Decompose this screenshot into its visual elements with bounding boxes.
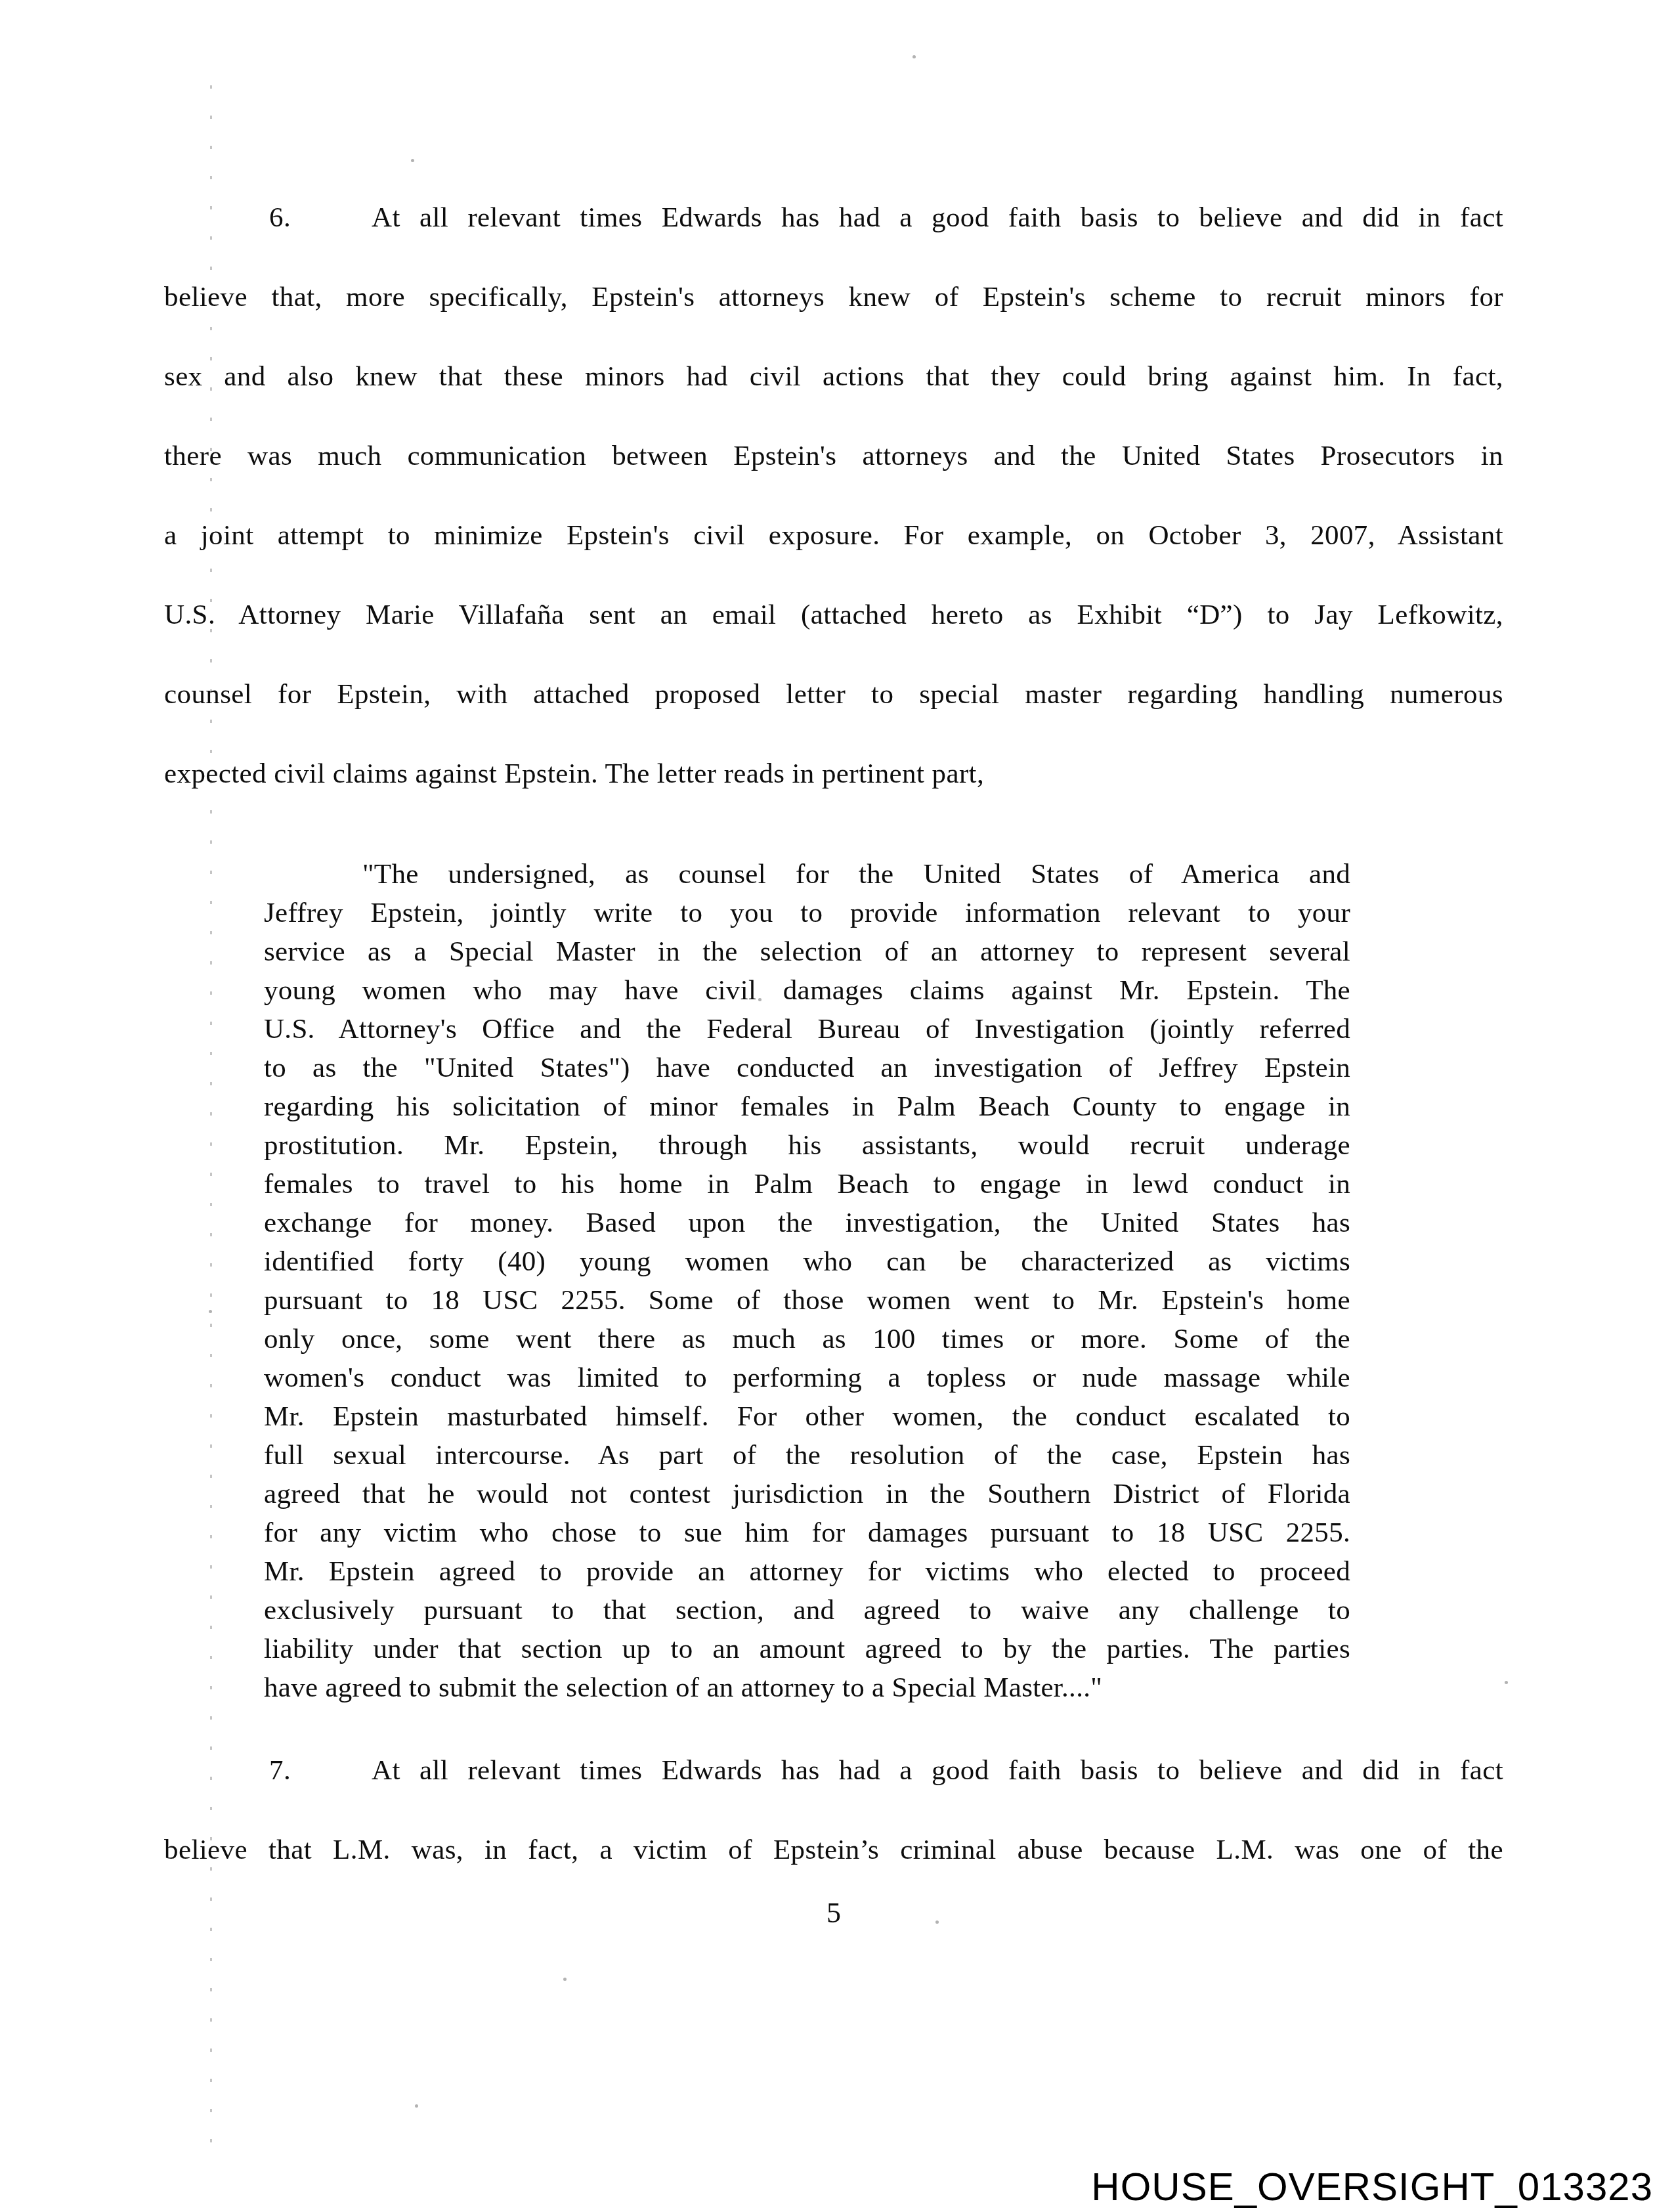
quote-line: service as a Special Master in the selec… xyxy=(264,932,1350,971)
scan-speck xyxy=(758,998,762,1001)
quote-line: liability under that section up to an am… xyxy=(264,1630,1350,1668)
paragraph-6: 6. At all relevant times Edwards has had… xyxy=(164,178,1503,813)
letter-block-quote: "The undersigned, as counsel for the Uni… xyxy=(264,855,1350,1707)
paragraph-7-line-2: believe that L.M. was, in fact, a victim… xyxy=(164,1810,1503,1890)
scan-speck xyxy=(935,1920,939,1924)
quote-line: only once, some went there as much as 10… xyxy=(264,1320,1350,1358)
quote-line: for any victim who chose to sue him for … xyxy=(264,1513,1350,1552)
paragraph-7-line-1: 7. At all relevant times Edwards has had… xyxy=(164,1731,1503,1810)
document-page: 6. At all relevant times Edwards has had… xyxy=(0,0,1674,2212)
paragraph-6-line-6: U.S. Attorney Marie Villafaña sent an em… xyxy=(164,575,1503,655)
paragraph-6-line-2: believe that, more specifically, Epstein… xyxy=(164,257,1503,337)
quote-line: females to travel to his home in Palm Be… xyxy=(264,1165,1350,1204)
quote-line: regarding his solicitation of minor fema… xyxy=(264,1087,1350,1126)
paragraph-6-line-4: there was much communication between Eps… xyxy=(164,416,1503,496)
paragraph-6-line-3: sex and also knew that these minors had … xyxy=(164,337,1503,416)
page-number: 5 xyxy=(164,1896,1503,1930)
quote-line: women's conduct was limited to performin… xyxy=(264,1358,1350,1397)
quote-line: young women who may have civil damages c… xyxy=(264,971,1350,1010)
quote-line: to as the "United States") have conducte… xyxy=(264,1049,1350,1087)
quote-line: U.S. Attorney's Office and the Federal B… xyxy=(264,1010,1350,1049)
quote-line: identified forty (40) young women who ca… xyxy=(264,1242,1350,1281)
paragraph-6-number: 6. xyxy=(269,178,291,257)
paragraph-6-line-5: a joint attempt to minimize Epstein's ci… xyxy=(164,496,1503,575)
bates-number: HOUSE_OVERSIGHT_013323 xyxy=(1091,2164,1653,2209)
quote-line: exchange for money. Based upon the inves… xyxy=(264,1204,1350,1242)
scan-speck xyxy=(411,159,414,162)
quote-line: agreed that he would not contest jurisdi… xyxy=(264,1475,1350,1513)
quote-line: pursuant to 18 USC 2255. Some of those w… xyxy=(264,1281,1350,1320)
scan-speck xyxy=(209,1310,212,1313)
scan-speck xyxy=(563,1978,567,1981)
paragraph-6-line-7: counsel for Epstein, with attached propo… xyxy=(164,655,1503,734)
quote-line: full sexual intercourse. As part of the … xyxy=(264,1436,1350,1475)
paragraph-7-number: 7. xyxy=(269,1731,291,1810)
scan-speck xyxy=(912,55,916,58)
quote-line: exclusively pursuant to that section, an… xyxy=(264,1591,1350,1630)
quote-line: Jeffrey Epstein, jointly write to you to… xyxy=(264,894,1350,932)
paragraph-6-text: At all relevant times Edwards has had a … xyxy=(372,178,1503,257)
quote-line: Mr. Epstein agreed to provide an attorne… xyxy=(264,1552,1350,1591)
paragraph-6-line-1: 6. At all relevant times Edwards has had… xyxy=(164,178,1503,257)
quote-line: prostitution. Mr. Epstein, through his a… xyxy=(264,1126,1350,1165)
paragraph-7: 7. At all relevant times Edwards has had… xyxy=(164,1731,1503,1890)
quote-line: Mr. Epstein masturbated himself. For oth… xyxy=(264,1397,1350,1436)
quote-line: "The undersigned, as counsel for the Uni… xyxy=(264,855,1350,894)
paragraph-7-text: At all relevant times Edwards has had a … xyxy=(372,1731,1503,1810)
quote-line: have agreed to submit the selection of a… xyxy=(264,1668,1350,1707)
paragraph-6-line-8: expected civil claims against Epstein. T… xyxy=(164,734,1503,813)
scan-speck xyxy=(1505,1681,1508,1684)
scan-speck xyxy=(415,2104,418,2108)
